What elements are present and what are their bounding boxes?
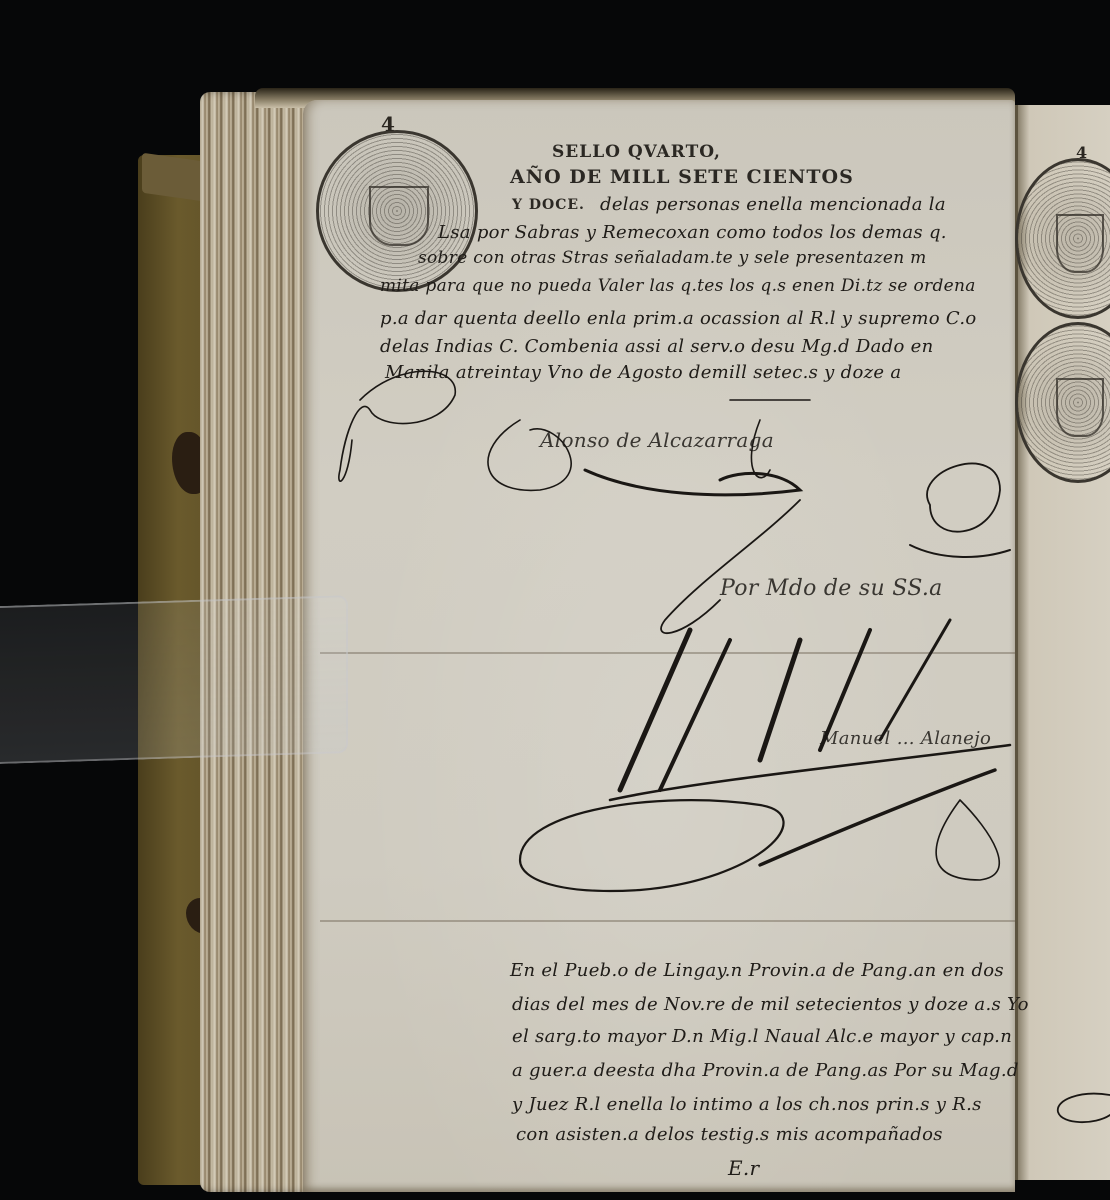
signature-por-mandado: Por Mdo de su SS.a <box>720 578 943 600</box>
entry-line: En el Pueb.o de Lingay.n Provin.a de Pan… <box>510 962 1004 980</box>
signature-alcazarraga: Alonso de Alcazarraga <box>540 430 774 450</box>
body-line: delas Indias C. Combenia assi al serv.o … <box>380 338 933 356</box>
entry-line: y Juez R.l enella lo intimo a los ch.nos… <box>512 1096 982 1114</box>
entry-line: el sarg.to mayor D.n Mig.l Naual Alc.e m… <box>512 1028 1012 1046</box>
signature-alanejo: Manuel … Alanejo <box>820 730 991 748</box>
entry-line: a guer.a deesta dha Provin.a de Pang.as … <box>512 1062 1019 1080</box>
body-line: delas personas enella mencionada la <box>600 196 946 214</box>
transparent-ruler <box>0 595 348 764</box>
body-line: Lsa por Sabras y Remecoxan como todos lo… <box>438 224 947 242</box>
folio-number: 4 <box>381 112 395 136</box>
fold-crease <box>320 652 1015 654</box>
coat-of-arms-icon <box>1056 214 1103 274</box>
stamp-line-3: Y DOCE. <box>512 198 585 212</box>
fold-crease <box>320 920 1015 922</box>
body-line: mita para que no pueda Valer las q.tes l… <box>380 278 976 295</box>
coat-of-arms-icon <box>369 186 429 246</box>
entry-line: dias del mes de Nov.re de mil seteciento… <box>512 996 1029 1014</box>
entry-line: E.r <box>728 1158 759 1178</box>
entry-line: con asisten.a delos testig.s mis acompañ… <box>516 1126 943 1144</box>
stamp-line-2: AÑO DE MILL SETE CIENTOS <box>510 168 854 187</box>
body-line: p.a dar quenta deello enla prim.a ocassi… <box>380 310 977 328</box>
body-line: Manila atreintay Vno de Agosto demill se… <box>385 364 901 382</box>
coat-of-arms-icon <box>1056 378 1103 438</box>
stamp-line-1: SELLO QVARTO, <box>552 144 721 161</box>
adjacent-folio-number: 4 <box>1076 143 1087 162</box>
body-line: sobre con otras Stras señaladam.te y sel… <box>418 250 927 267</box>
